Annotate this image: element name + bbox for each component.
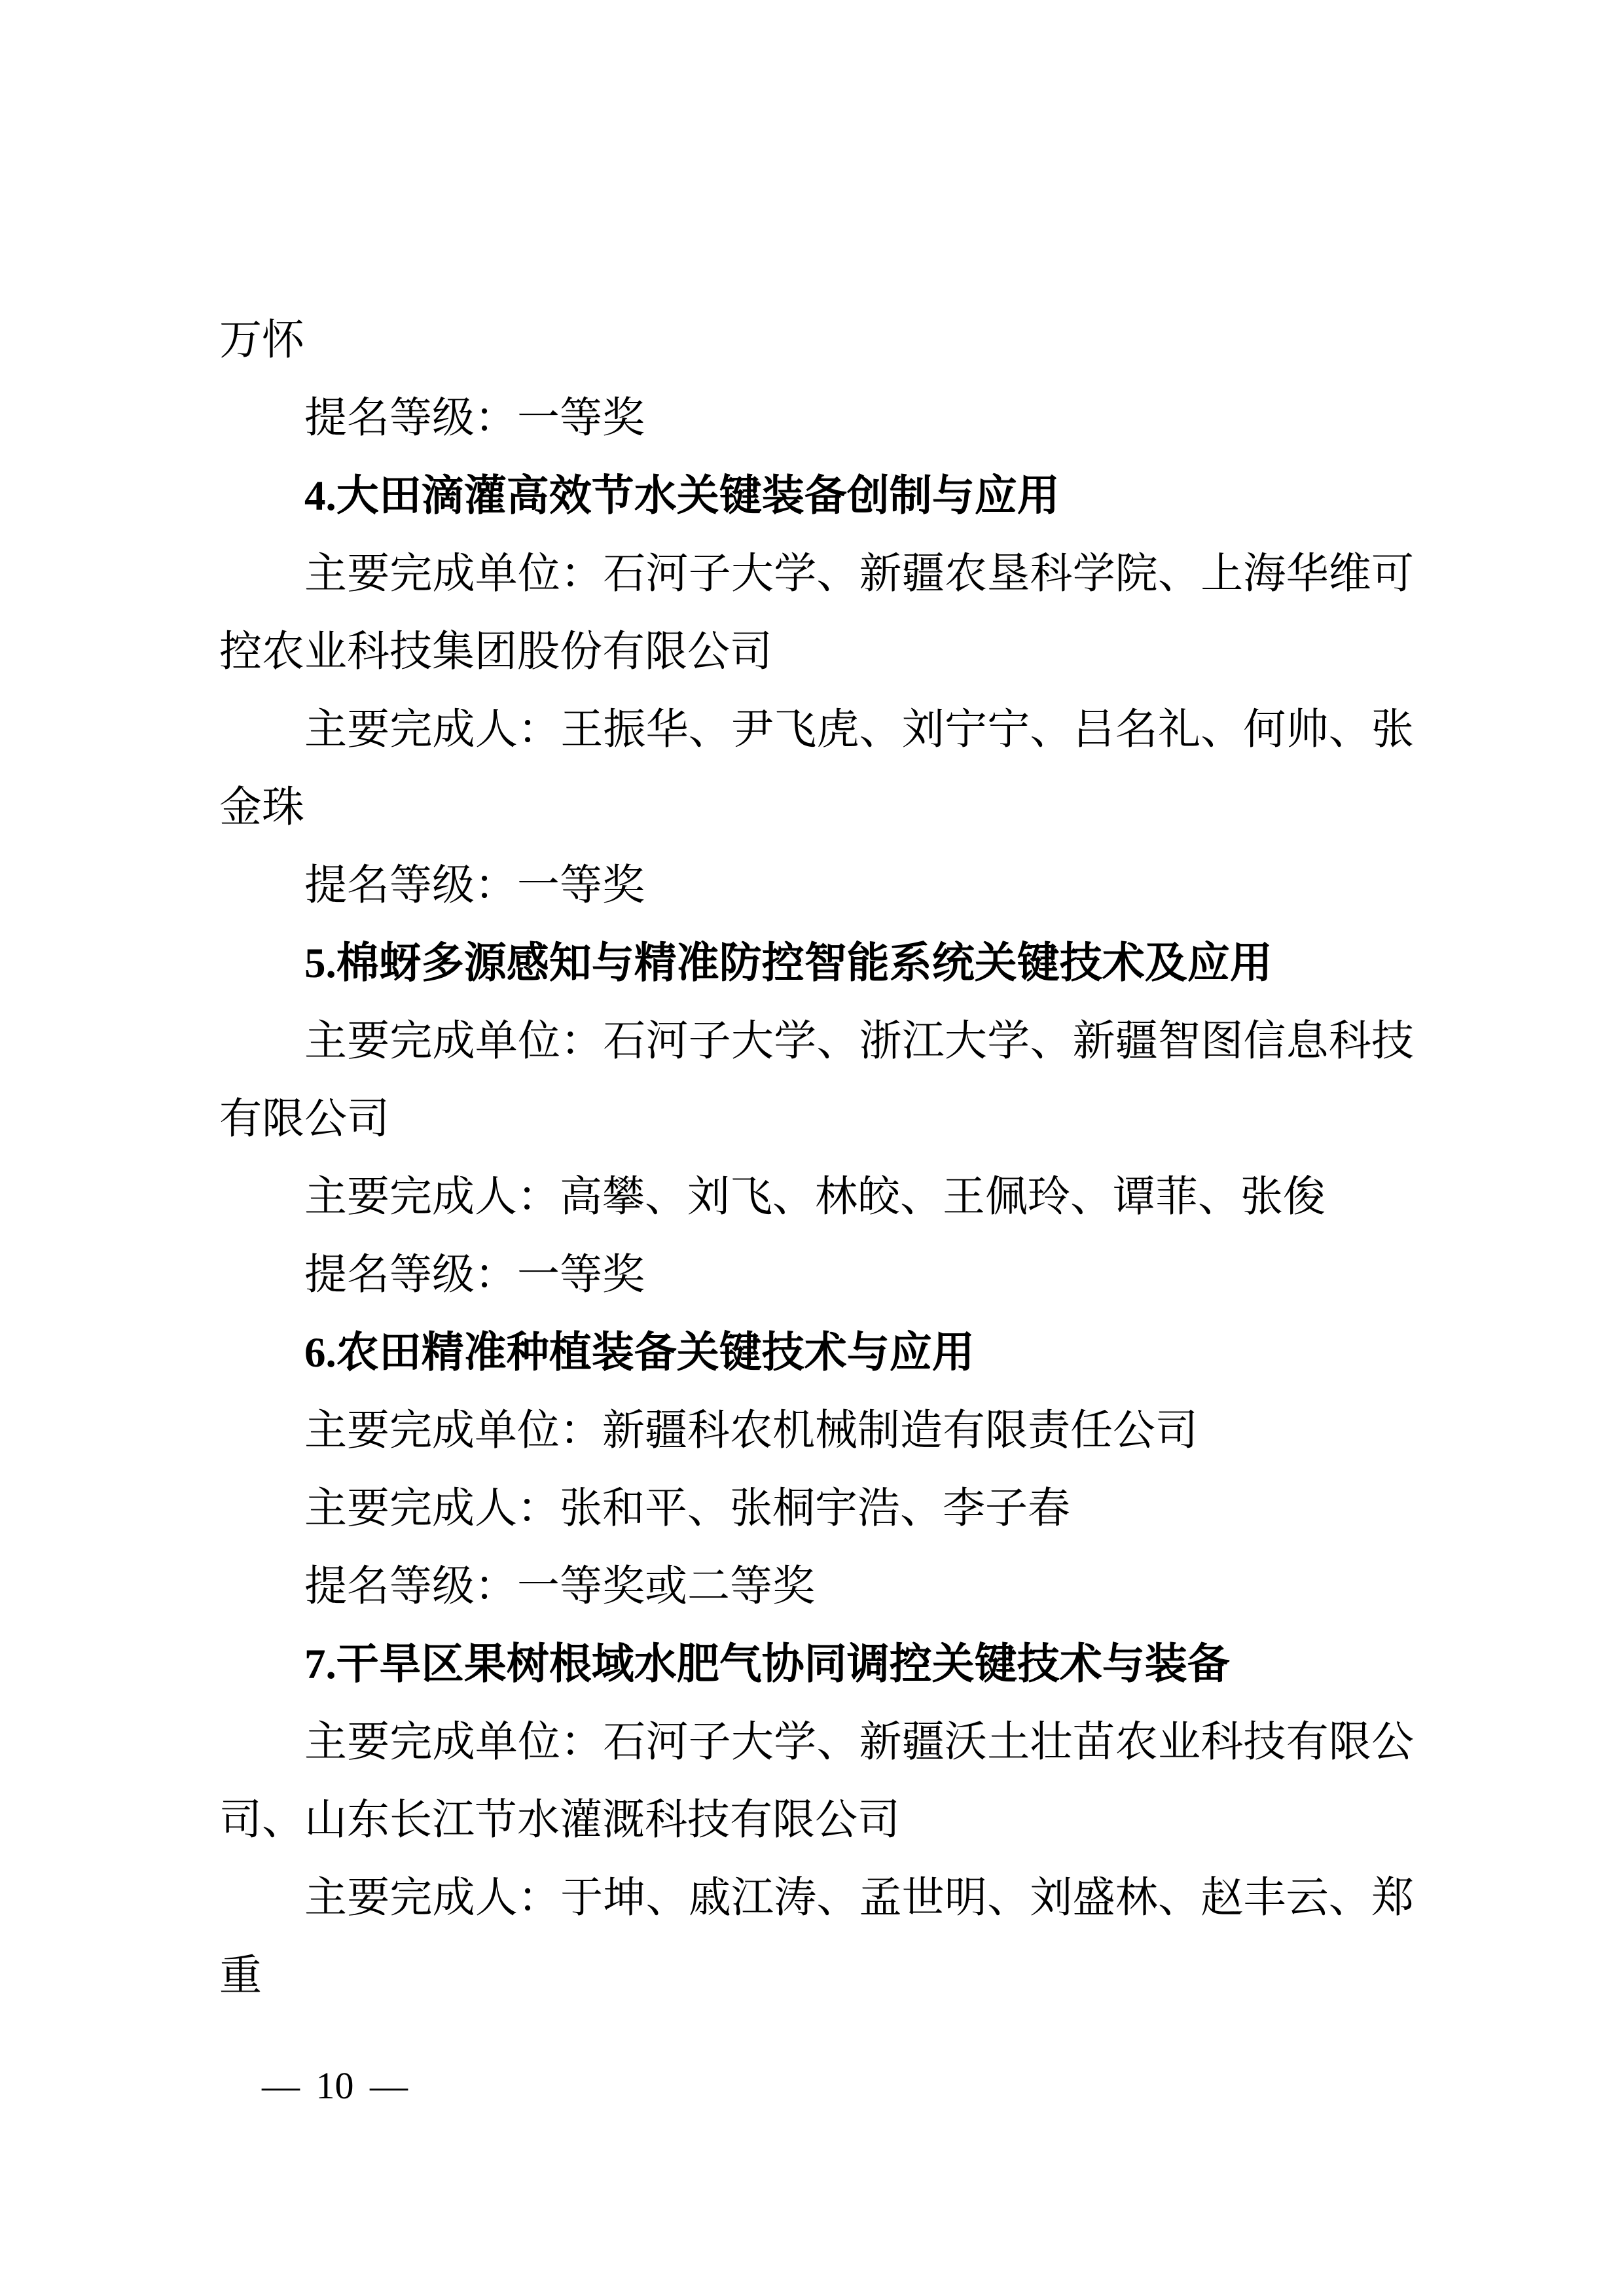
project-title-4: 4.大田滴灌高效节水关键装备创制与应用 — [219, 457, 1414, 535]
award-level-6: 提名等级：一等奖或二等奖 — [219, 1548, 1414, 1626]
project-title-7: 7.干旱区果树根域水肥气协同调控关键技术与装备 — [219, 1626, 1414, 1704]
project-persons-4-continuation: 金珠 — [219, 769, 1414, 847]
project-persons-5: 主要完成人：高攀、刘飞、林皎、王佩玲、谭菲、张俊 — [219, 1158, 1414, 1236]
award-level-4: 提名等级：一等奖 — [219, 847, 1414, 925]
document-page: 万怀 提名等级：一等奖 4.大田滴灌高效节水关键装备创制与应用 主要完成单位：石… — [0, 0, 1624, 2296]
project-persons-3-continuation: 万怀 — [219, 302, 1414, 380]
project-units-4-continuation: 控农业科技集团股份有限公司 — [219, 613, 1414, 691]
project-units-6: 主要完成单位：新疆科农机械制造有限责任公司 — [219, 1392, 1414, 1470]
award-level-3: 提名等级：一等奖 — [219, 380, 1414, 457]
project-persons-6: 主要完成人：张和平、张桐宇浩、李子春 — [219, 1470, 1414, 1548]
award-level-5: 提名等级：一等奖 — [219, 1236, 1414, 1314]
project-units-7-continuation: 司、山东长江节水灌溉科技有限公司 — [219, 1782, 1414, 1859]
project-persons-4: 主要完成人：王振华、尹飞虎、刘宁宁、吕名礼、何帅、张 — [219, 691, 1414, 769]
page-number: — 10 — — [262, 2066, 408, 2106]
project-persons-7: 主要完成人：于坤、戚江涛、孟世明、刘盛林、赵丰云、郑 — [219, 1859, 1414, 1937]
document-body: 万怀 提名等级：一等奖 4.大田滴灌高效节水关键装备创制与应用 主要完成单位：石… — [219, 302, 1414, 2015]
project-persons-7-continuation: 重 — [219, 1937, 1414, 2015]
project-units-5-continuation: 有限公司 — [219, 1081, 1414, 1158]
project-units-5: 主要完成单位：石河子大学、浙江大学、新疆智图信息科技 — [219, 1003, 1414, 1081]
project-units-4: 主要完成单位：石河子大学、新疆农垦科学院、上海华维可 — [219, 535, 1414, 613]
project-title-5: 5.棉蚜多源感知与精准防控智能系统关键技术及应用 — [219, 925, 1414, 1003]
project-units-7: 主要完成单位：石河子大学、新疆沃土壮苗农业科技有限公 — [219, 1704, 1414, 1782]
project-title-6: 6.农田精准种植装备关键技术与应用 — [219, 1314, 1414, 1392]
